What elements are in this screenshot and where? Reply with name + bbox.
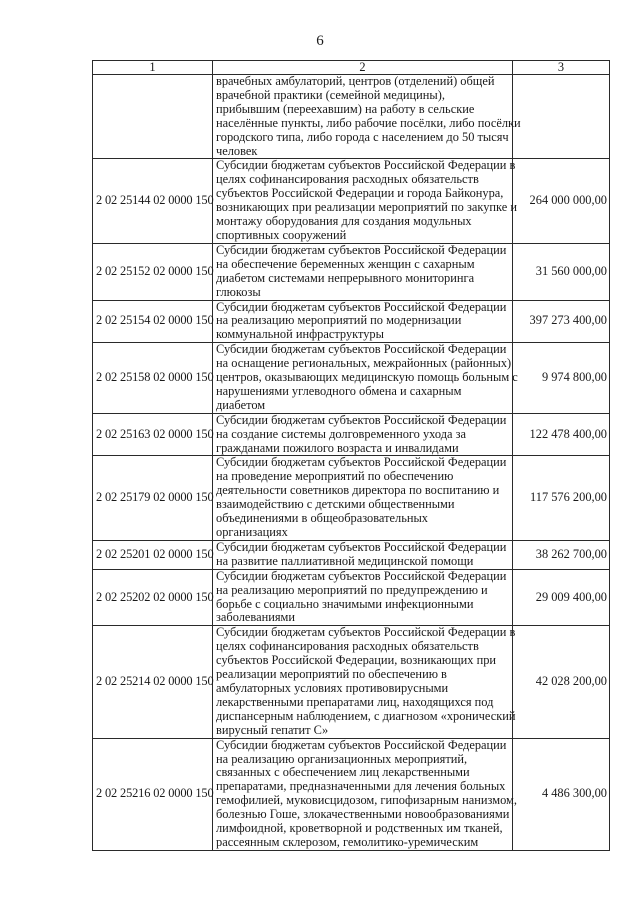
description-line: Субсидии бюджетам субъектов Российской Ф… <box>216 739 510 753</box>
description-line: возникающих при реализации мероприятий п… <box>216 201 510 215</box>
description-line: гемофилией, муковисцидозом, гипофизарным… <box>216 794 510 808</box>
description-line: Субсидии бюджетам субъектов Российской Ф… <box>216 414 510 428</box>
subsidy-amount <box>513 75 610 159</box>
description-line: нарушениями углеводного обмена и сахарны… <box>216 385 510 399</box>
page-number: 6 <box>0 32 640 50</box>
subsidy-description: Субсидии бюджетам субъектов Российской Ф… <box>213 413 513 456</box>
description-line: Субсидии бюджетам субъектов Российской Ф… <box>216 456 510 470</box>
description-line: взаимодействию с детскими общественными <box>216 498 510 512</box>
subsidy-amount: 397 273 400,00 <box>513 300 610 343</box>
description-line: болезнью Гоше, злокачественными новообра… <box>216 808 510 822</box>
subsidy-amount: 9 974 800,00 <box>513 343 610 414</box>
description-line: диабетом <box>216 399 510 413</box>
description-line: субъектов Российской Федерации и города … <box>216 187 510 201</box>
description-line: рассеянным склерозом, гемолитико-уремиче… <box>216 836 510 850</box>
description-line: амбулаторных условиях противовирусными <box>216 682 510 696</box>
subsidy-amount: 117 576 200,00 <box>513 456 610 540</box>
description-line: препаратами, предназначенными для лечени… <box>216 780 510 794</box>
subsidy-description: Субсидии бюджетам субъектов Российской Ф… <box>213 456 513 540</box>
description-line: городского типа, либо города с население… <box>216 131 510 145</box>
subsidy-amount: 31 560 000,00 <box>513 243 610 300</box>
table-row: врачебных амбулаторий, центров (отделени… <box>93 75 610 159</box>
subsidy-description: Субсидии бюджетам субъектов Российской Ф… <box>213 159 513 243</box>
description-line: на развитие паллиативной медицинской пом… <box>216 555 510 569</box>
table-row: 2 02 25158 02 0000 150Субсидии бюджетам … <box>93 343 610 414</box>
column-number-header-row: 1 2 3 <box>93 61 610 75</box>
budget-classification-code: 2 02 25158 02 0000 150 <box>93 343 213 414</box>
description-line: коммунальной инфраструктуры <box>216 328 510 342</box>
subsidy-amount: 264 000 000,00 <box>513 159 610 243</box>
description-line: целях софинансирования расходных обязате… <box>216 640 510 654</box>
subsidy-description: Субсидии бюджетам субъектов Российской Ф… <box>213 343 513 414</box>
description-line: населённые пункты, либо рабочие посёлки,… <box>216 117 510 131</box>
description-line: врачебной практики (семейной медицины), <box>216 89 510 103</box>
subsidy-description: Субсидии бюджетам субъектов Российской Ф… <box>213 300 513 343</box>
description-line: целях софинансирования расходных обязате… <box>216 173 510 187</box>
description-line: Субсидии бюджетам субъектов Российской Ф… <box>216 244 510 258</box>
description-line: диабетом системами непрерывного монитори… <box>216 272 510 286</box>
description-line: Субсидии бюджетам субъектов Российской Ф… <box>216 570 510 584</box>
table-row: 2 02 25201 02 0000 150Субсидии бюджетам … <box>93 540 610 569</box>
table-row: 2 02 25216 02 0000 150Субсидии бюджетам … <box>93 738 610 850</box>
description-line: на реализацию организационных мероприяти… <box>216 753 510 767</box>
subsidy-description: Субсидии бюджетам субъектов Российской Ф… <box>213 626 513 738</box>
description-line: монтажу оборудования для создания модуль… <box>216 215 510 229</box>
description-line: спортивных сооружений <box>216 229 510 243</box>
subsidy-amount: 4 486 300,00 <box>513 738 610 850</box>
description-line: гражданами пожилого возраста и инвалидам… <box>216 442 510 456</box>
description-line: Субсидии бюджетам субъектов Российской Ф… <box>216 159 510 173</box>
subsidy-amount: 38 262 700,00 <box>513 540 610 569</box>
description-line: заболеваниями <box>216 611 510 625</box>
subsidy-description: врачебных амбулаторий, центров (отделени… <box>213 75 513 159</box>
description-line: человек <box>216 145 510 159</box>
description-line: реализации мероприятий по обеспечению в <box>216 668 510 682</box>
description-line: на создание системы долговременного уход… <box>216 428 510 442</box>
budget-classification-code <box>93 75 213 159</box>
column-header-2: 2 <box>213 61 513 75</box>
budget-classification-code: 2 02 25216 02 0000 150 <box>93 738 213 850</box>
budget-classification-code: 2 02 25179 02 0000 150 <box>93 456 213 540</box>
table-row: 2 02 25144 02 0000 150Субсидии бюджетам … <box>93 159 610 243</box>
description-line: на оснащение региональных, межрайонных (… <box>216 357 510 371</box>
table-row: 2 02 25202 02 0000 150Субсидии бюджетам … <box>93 569 610 626</box>
table-row: 2 02 25214 02 0000 150Субсидии бюджетам … <box>93 626 610 738</box>
budget-classification-code: 2 02 25214 02 0000 150 <box>93 626 213 738</box>
description-line: Субсидии бюджетам субъектов Российской Ф… <box>216 301 510 315</box>
column-header-3: 3 <box>513 61 610 75</box>
description-line: субъектов Российской Федерации, возникаю… <box>216 654 510 668</box>
subsidy-amount: 122 478 400,00 <box>513 413 610 456</box>
table-body: врачебных амбулаторий, центров (отделени… <box>93 75 610 851</box>
description-line: прибывшим (переехавшим) на работу в сель… <box>216 103 510 117</box>
description-line: лекарственными препаратами лиц, находящи… <box>216 696 510 710</box>
description-line: Субсидии бюджетам субъектов Российской Ф… <box>216 541 510 555</box>
budget-classification-code: 2 02 25163 02 0000 150 <box>93 413 213 456</box>
budget-classification-code: 2 02 25152 02 0000 150 <box>93 243 213 300</box>
description-line: на обеспечение беременных женщин с сахар… <box>216 258 510 272</box>
description-line: на реализацию мероприятий по модернизаци… <box>216 314 510 328</box>
description-line: лимфоидной, кроветворной и родственных и… <box>216 822 510 836</box>
subsidy-amount: 42 028 200,00 <box>513 626 610 738</box>
subsidy-description: Субсидии бюджетам субъектов Российской Ф… <box>213 540 513 569</box>
description-line: связанных с обеспечением лиц лекарственн… <box>216 766 510 780</box>
table-row: 2 02 25179 02 0000 150Субсидии бюджетам … <box>93 456 610 540</box>
description-line: на реализацию мероприятий по предупрежде… <box>216 584 510 598</box>
budget-classification-code: 2 02 25154 02 0000 150 <box>93 300 213 343</box>
description-line: борьбе с социально значимыми инфекционны… <box>216 598 510 612</box>
budget-subsidies-table: 1 2 3 врачебных амбулаторий, центров (от… <box>92 60 610 851</box>
description-line: организациях <box>216 526 510 540</box>
budget-classification-code: 2 02 25201 02 0000 150 <box>93 540 213 569</box>
description-line: Субсидии бюджетам субъектов Российской Ф… <box>216 626 510 640</box>
subsidy-description: Субсидии бюджетам субъектов Российской Ф… <box>213 243 513 300</box>
budget-classification-code: 2 02 25144 02 0000 150 <box>93 159 213 243</box>
description-line: объединениями в общеобразовательных <box>216 512 510 526</box>
description-line: врачебных амбулаторий, центров (отделени… <box>216 75 510 89</box>
description-line: диспансерным наблюдением, с диагнозом «х… <box>216 710 510 724</box>
subsidy-amount: 29 009 400,00 <box>513 569 610 626</box>
description-line: вирусный гепатит С» <box>216 724 510 738</box>
description-line: центров, оказывающих медицинскую помощь … <box>216 371 510 385</box>
subsidy-description: Субсидии бюджетам субъектов Российской Ф… <box>213 569 513 626</box>
table-row: 2 02 25154 02 0000 150Субсидии бюджетам … <box>93 300 610 343</box>
description-line: на проведение мероприятий по обеспечению <box>216 470 510 484</box>
subsidy-description: Субсидии бюджетам субъектов Российской Ф… <box>213 738 513 850</box>
budget-classification-code: 2 02 25202 02 0000 150 <box>93 569 213 626</box>
column-header-1: 1 <box>93 61 213 75</box>
table-row: 2 02 25163 02 0000 150Субсидии бюджетам … <box>93 413 610 456</box>
table-row: 2 02 25152 02 0000 150Субсидии бюджетам … <box>93 243 610 300</box>
description-line: Субсидии бюджетам субъектов Российской Ф… <box>216 343 510 357</box>
description-line: деятельности советников директора по вос… <box>216 484 510 498</box>
description-line: глюкозы <box>216 286 510 300</box>
